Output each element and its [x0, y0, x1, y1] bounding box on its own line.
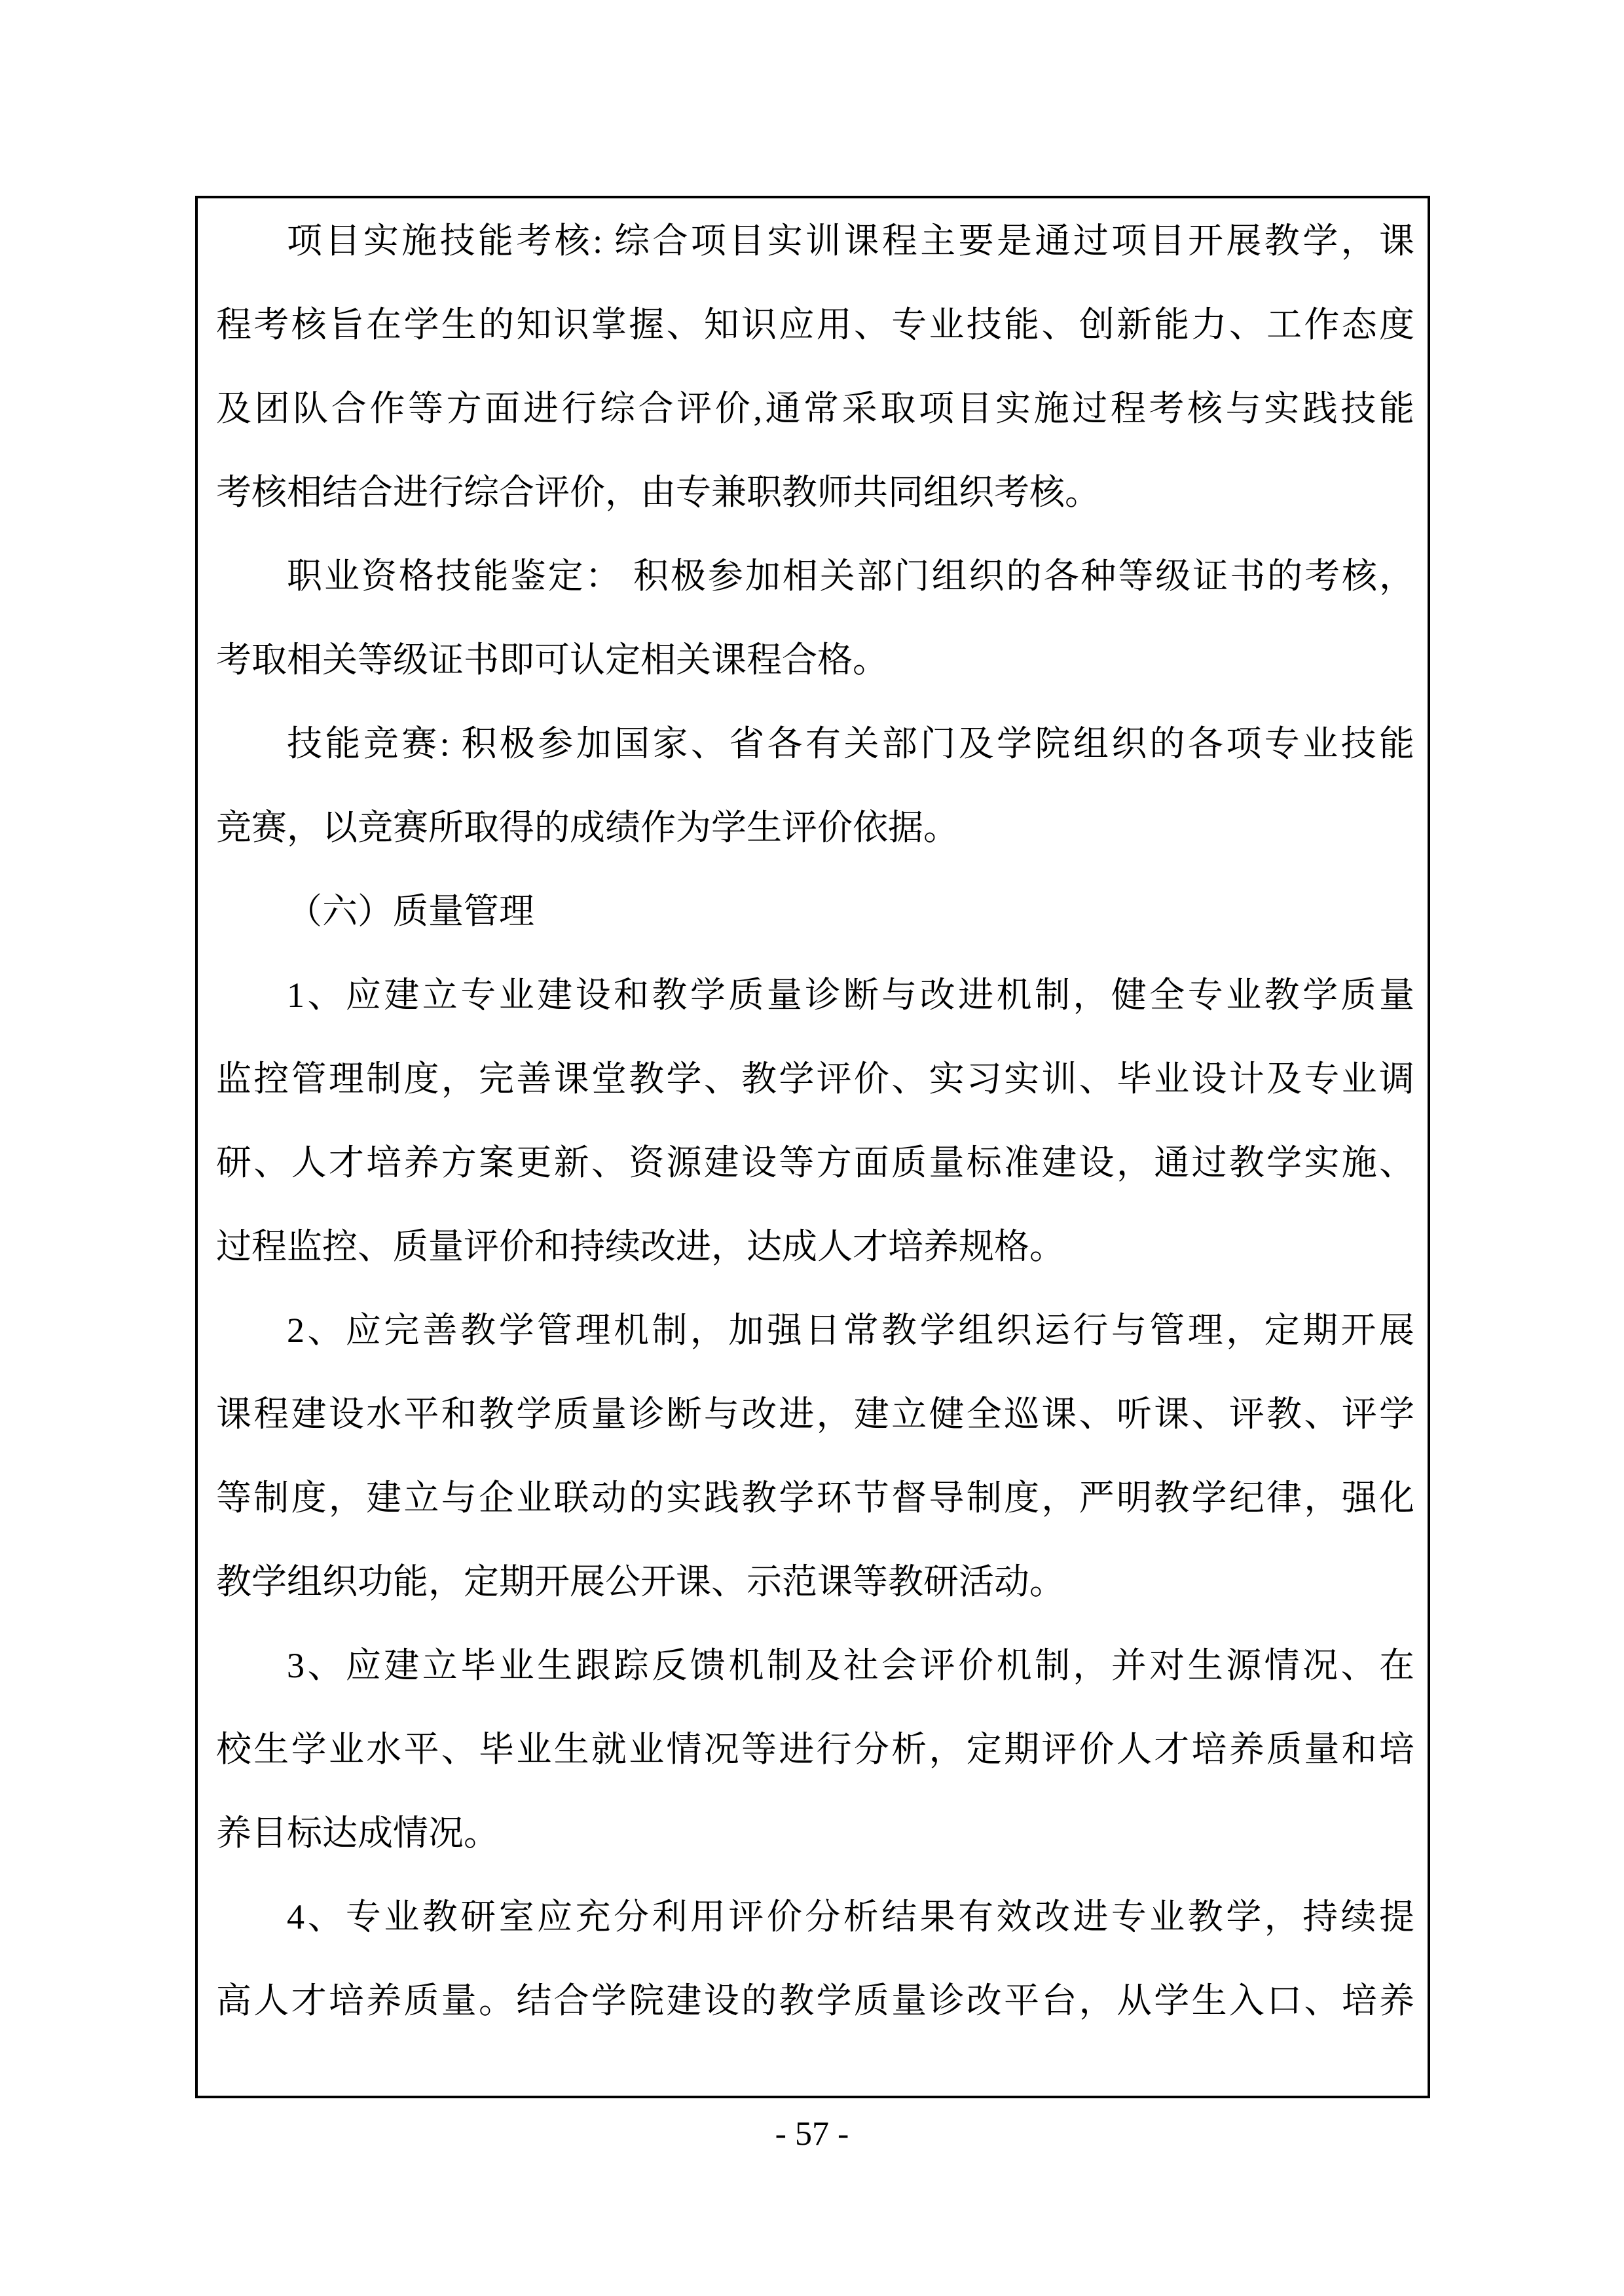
- text-line: 监控管理制度，完善课堂教学、教学评价、实习实训、毕业设计及专业调: [216, 1037, 1414, 1121]
- text-line: 程考核旨在学生的知识掌握、知识应用、专业技能、创新能力、工作态度: [216, 283, 1414, 367]
- text-line: 校生学业水平、毕业生就业情况等进行分析，定期评价人才培养质量和培: [216, 1707, 1414, 1791]
- text-line: 职业资格技能鉴定： 积极参加相关部门组织的各种等级证书的考核，: [216, 534, 1414, 618]
- text-line: 考取相关等级证书即可认定相关课程合格。: [216, 618, 1414, 702]
- text-line: （六）质量管理: [216, 869, 1414, 953]
- text-line: 等制度，建立与企业联动的实践教学环节督导制度，严明教学纪律，强化: [216, 1456, 1414, 1540]
- text-line: 养目标达成情况。: [216, 1791, 1414, 1875]
- text-line: 2、应完善教学管理机制，加强日常教学组织运行与管理，定期开展: [216, 1288, 1414, 1372]
- text-line: 教学组织功能，定期开展公开课、示范课等教研活动。: [216, 1540, 1414, 1624]
- document-page: 项目实施技能考核: 综合项目实训课程主要是通过项目开展教学，课程考核旨在学生的知…: [0, 0, 1624, 2296]
- text-line: 4、专业教研室应充分利用评价分析结果有效改进专业教学，持续提: [216, 1875, 1414, 1959]
- body-text: 项目实施技能考核: 综合项目实训课程主要是通过项目开展教学，课程考核旨在学生的知…: [216, 199, 1414, 2043]
- text-line: 考核相结合进行综合评价，由专兼职教师共同组织考核。: [216, 450, 1414, 534]
- text-line: 项目实施技能考核: 综合项目实训课程主要是通过项目开展教学，课: [216, 199, 1414, 283]
- text-line: 竞赛，以竞赛所取得的成绩作为学生评价依据。: [216, 786, 1414, 869]
- text-line: 及团队合作等方面进行综合评价,通常采取项目实施过程考核与实践技能: [216, 367, 1414, 450]
- text-line: 研、人才培养方案更新、资源建设等方面质量标准建设，通过教学实施、: [216, 1121, 1414, 1205]
- text-line: 1、应建立专业建设和教学质量诊断与改进机制，健全专业教学质量: [216, 953, 1414, 1037]
- text-line: 3、应建立毕业生跟踪反馈机制及社会评价机制，并对生源情况、在: [216, 1624, 1414, 1707]
- page-number: - 57 -: [0, 2116, 1624, 2153]
- text-line: 过程监控、质量评价和持续改进，达成人才培养规格。: [216, 1205, 1414, 1288]
- text-line: 课程建设水平和教学质量诊断与改进，建立健全巡课、听课、评教、评学: [216, 1372, 1414, 1456]
- text-line: 高人才培养质量。结合学院建设的教学质量诊改平台，从学生入口、培养: [216, 1959, 1414, 2043]
- text-line: 技能竞赛: 积极参加国家、省各有关部门及学院组织的各项专业技能: [216, 702, 1414, 786]
